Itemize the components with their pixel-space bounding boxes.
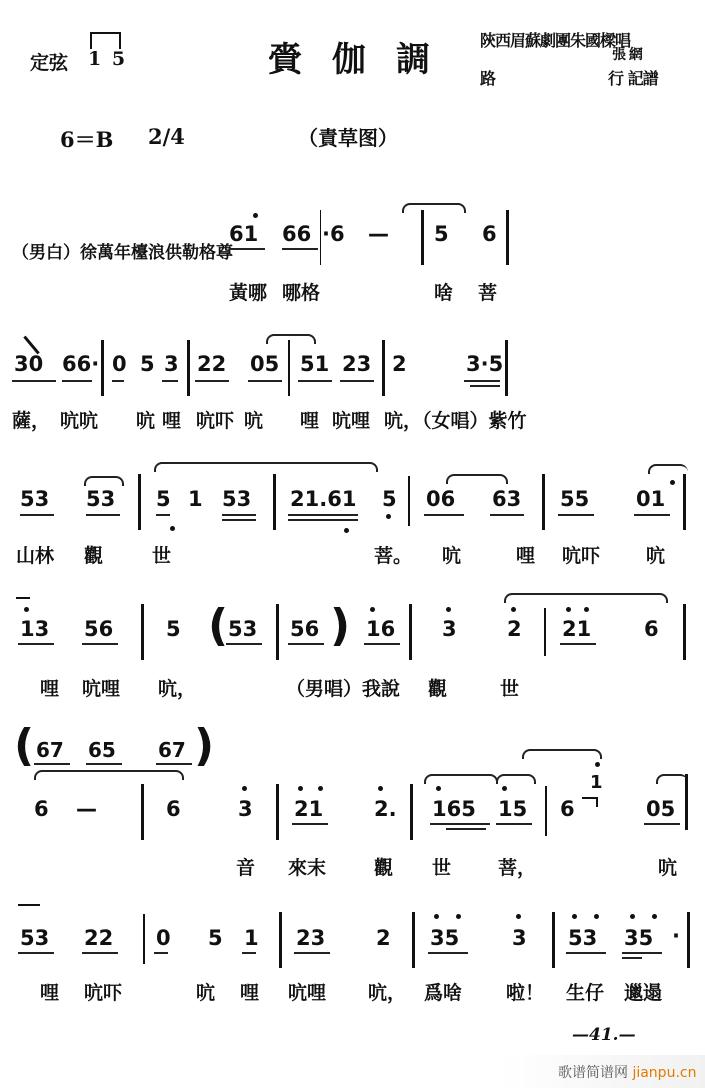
note: 2 bbox=[376, 926, 391, 950]
octave-dot bbox=[594, 914, 599, 919]
open-paren: ( bbox=[14, 720, 34, 771]
note: 0 bbox=[156, 926, 171, 950]
lyric: 吭 bbox=[442, 541, 461, 568]
octave-dot bbox=[584, 607, 589, 612]
underline bbox=[292, 823, 328, 825]
underline bbox=[12, 380, 56, 382]
note: ·6 bbox=[322, 222, 345, 246]
lyric: 觀 bbox=[374, 853, 393, 880]
lyric: 吭 bbox=[136, 406, 155, 433]
close-paren: ) bbox=[194, 720, 214, 771]
note-group: 3·5 bbox=[466, 352, 503, 376]
note-group: 15 bbox=[498, 797, 527, 821]
slur bbox=[154, 462, 378, 472]
barline bbox=[687, 912, 690, 968]
lyric: 哩 bbox=[516, 541, 535, 568]
lyric: 吭吓 bbox=[562, 541, 600, 568]
underline bbox=[86, 763, 122, 765]
slur-start bbox=[16, 597, 30, 599]
lyric: 吭吭 bbox=[60, 406, 98, 433]
note-group: 53 bbox=[222, 487, 251, 511]
note-group: 06 bbox=[426, 487, 455, 511]
note: 6 bbox=[34, 797, 49, 821]
slur bbox=[84, 476, 124, 486]
underline bbox=[195, 380, 229, 382]
note-group: 61 bbox=[229, 222, 258, 246]
lyric: 山林 bbox=[16, 541, 54, 568]
lyric: 哩 bbox=[162, 406, 181, 433]
underline bbox=[112, 380, 124, 382]
note: 0 bbox=[112, 352, 127, 376]
slur bbox=[504, 593, 668, 603]
lyric: 觀 bbox=[84, 541, 103, 568]
slur-start bbox=[18, 904, 40, 906]
underline bbox=[288, 514, 358, 516]
octave-dot bbox=[511, 607, 516, 612]
barline bbox=[545, 786, 547, 836]
lyric: 世 bbox=[432, 853, 451, 880]
underline bbox=[229, 248, 265, 250]
octave-dot bbox=[572, 914, 577, 919]
note: 1 bbox=[244, 926, 259, 950]
barline bbox=[421, 210, 424, 265]
lyric: 菩。 bbox=[374, 541, 412, 568]
underline bbox=[430, 823, 490, 825]
underline bbox=[622, 952, 662, 954]
note-group: 63 bbox=[492, 487, 521, 511]
lyric: 吭 bbox=[196, 978, 215, 1005]
note-group: 66· bbox=[62, 352, 99, 376]
note-group: 53 bbox=[20, 926, 49, 950]
double-underline bbox=[222, 519, 256, 521]
note-group: 53 bbox=[568, 926, 597, 950]
lyric: 吭， bbox=[368, 978, 406, 1005]
barline bbox=[409, 604, 412, 660]
note: 3 bbox=[442, 617, 457, 641]
note-group: 53 bbox=[20, 487, 49, 511]
note: 5 bbox=[140, 352, 155, 376]
barline bbox=[276, 784, 279, 840]
tuning-notes: 1 5 bbox=[88, 48, 127, 70]
time-signature: 2/4 bbox=[148, 124, 185, 149]
barline bbox=[412, 912, 415, 968]
lyric: 生仔 bbox=[566, 978, 604, 1005]
credits-notation: 行 記譜 bbox=[608, 66, 658, 89]
slur bbox=[34, 770, 184, 780]
barline bbox=[685, 774, 688, 830]
note-group: 165 bbox=[432, 797, 476, 821]
note: 6 bbox=[560, 797, 575, 821]
note-group: 05 bbox=[250, 352, 279, 376]
note-group: 56 bbox=[84, 617, 113, 641]
lyric: 吭哩 bbox=[288, 978, 326, 1005]
note-group: 22 bbox=[197, 352, 226, 376]
underline bbox=[558, 514, 594, 516]
watermark-cn: 歌谱简谱网 bbox=[558, 1065, 628, 1081]
song-title: 賫伽調 bbox=[268, 32, 460, 81]
barline bbox=[279, 912, 282, 968]
underline bbox=[294, 952, 330, 954]
slur bbox=[522, 749, 602, 759]
lyric: 菩 bbox=[478, 278, 497, 305]
barline bbox=[542, 474, 545, 530]
underline bbox=[226, 643, 262, 645]
double-underline bbox=[288, 519, 358, 521]
barline bbox=[141, 604, 144, 660]
note: 3 bbox=[164, 352, 179, 376]
grace-group: 67 bbox=[158, 738, 186, 762]
note-group: 66 bbox=[282, 222, 311, 246]
note-group: 05 bbox=[646, 797, 675, 821]
key-signature: 6＝B bbox=[60, 124, 113, 154]
subtitle: （責草图） bbox=[298, 122, 398, 151]
octave-dot bbox=[502, 786, 507, 791]
grace-hook bbox=[582, 797, 598, 807]
lyric: 吭 bbox=[244, 406, 263, 433]
note-group: 53 bbox=[228, 617, 257, 641]
underline bbox=[560, 643, 596, 645]
dash: — bbox=[76, 797, 97, 821]
note: 2 bbox=[507, 617, 522, 641]
lyric: 世 bbox=[152, 541, 171, 568]
barline bbox=[382, 340, 385, 396]
note: 6 bbox=[166, 797, 181, 821]
note: 5 bbox=[434, 222, 449, 246]
lyric: 邋遢 bbox=[624, 978, 662, 1005]
lyric: 吭 bbox=[646, 541, 665, 568]
barline bbox=[141, 784, 144, 840]
tuning-label: 定弦 bbox=[30, 48, 68, 75]
slur bbox=[402, 203, 466, 213]
barline bbox=[552, 912, 555, 968]
barline bbox=[320, 210, 321, 265]
octave-dot bbox=[434, 914, 439, 919]
note: 6 bbox=[644, 617, 659, 641]
underline bbox=[428, 952, 468, 954]
lyric: 哩 bbox=[40, 674, 59, 701]
octave-dot bbox=[436, 786, 441, 791]
spoken-line: （男白）徐萬年檯浪供勒格尊 bbox=[12, 238, 233, 263]
lyric: 吭 bbox=[658, 853, 677, 880]
octave-dot bbox=[446, 607, 451, 612]
lyric: 來末 bbox=[288, 853, 326, 880]
barline bbox=[683, 604, 686, 660]
barline bbox=[138, 474, 141, 530]
octave-dot bbox=[630, 914, 635, 919]
slur bbox=[424, 774, 498, 784]
barline bbox=[187, 340, 190, 396]
underline bbox=[496, 823, 532, 825]
underline bbox=[566, 952, 606, 954]
lyric: 吭哩 bbox=[332, 406, 370, 433]
note: 5 bbox=[208, 926, 223, 950]
lyric: 音 bbox=[236, 853, 255, 880]
note-group: 35 bbox=[624, 926, 653, 950]
underline bbox=[364, 643, 400, 645]
lyric: 哩 bbox=[240, 978, 259, 1005]
barline bbox=[410, 784, 413, 840]
lyric: 吭吓 bbox=[84, 978, 122, 1005]
octave-dot-low bbox=[344, 528, 349, 533]
note: 5 bbox=[382, 487, 397, 511]
lyric: 吭哩 bbox=[82, 674, 120, 701]
barline bbox=[683, 474, 686, 530]
barline bbox=[143, 914, 145, 964]
underline bbox=[18, 952, 54, 954]
note: 5 bbox=[166, 617, 181, 641]
underline bbox=[162, 380, 178, 382]
lyric: 世 bbox=[500, 674, 519, 701]
note: 3 bbox=[238, 797, 253, 821]
watermark-en[interactable]: jianpu.cn bbox=[632, 1065, 696, 1081]
note-group: 21 bbox=[294, 797, 323, 821]
octave-dot bbox=[242, 786, 247, 791]
underline bbox=[242, 952, 256, 954]
double-underline bbox=[622, 957, 642, 959]
note-group: 13 bbox=[20, 617, 49, 641]
underline bbox=[282, 248, 318, 250]
note: 2 bbox=[392, 352, 407, 376]
double-underline bbox=[470, 385, 500, 387]
underline bbox=[154, 952, 168, 954]
note: 5 bbox=[156, 487, 171, 511]
underline bbox=[288, 643, 324, 645]
page-number: —41.— bbox=[572, 1025, 636, 1045]
grace-group: 67 bbox=[36, 738, 64, 762]
octave-dot bbox=[253, 213, 258, 218]
barline bbox=[276, 604, 279, 660]
barline bbox=[544, 608, 546, 656]
octave-dot bbox=[652, 914, 657, 919]
octave-dot-low bbox=[386, 514, 391, 519]
credits-arranger: 路 bbox=[480, 66, 495, 89]
underline bbox=[222, 514, 256, 516]
underline bbox=[248, 380, 282, 382]
note-group: 21.61 bbox=[290, 487, 356, 511]
slur bbox=[266, 334, 316, 344]
note-group: 23 bbox=[342, 352, 371, 376]
underline bbox=[464, 380, 500, 382]
credits-line-1-sub: 張 網 bbox=[612, 44, 642, 64]
lyric: 觀 bbox=[428, 674, 447, 701]
note-group: 30 bbox=[14, 352, 43, 376]
lyric: 吭吓 bbox=[196, 406, 234, 433]
underline bbox=[634, 514, 670, 516]
octave-dot bbox=[516, 914, 521, 919]
underline bbox=[18, 643, 54, 645]
slur bbox=[648, 464, 688, 474]
note-group: 51 bbox=[300, 352, 329, 376]
note-group: 55 bbox=[560, 487, 589, 511]
lyric: 吭，（女唱）紫竹 bbox=[384, 406, 527, 433]
lyric: 吭， bbox=[158, 674, 196, 701]
barline bbox=[506, 210, 509, 265]
barline bbox=[505, 340, 508, 396]
octave-dot bbox=[378, 786, 383, 791]
lyric: 菩， bbox=[498, 853, 536, 880]
barline bbox=[273, 474, 276, 530]
lyric: 啦！ bbox=[506, 978, 544, 1005]
lyric: 黃哪 bbox=[229, 278, 267, 305]
note: 3 bbox=[512, 926, 527, 950]
note-group: 16 bbox=[366, 617, 395, 641]
note-group: 21 bbox=[562, 617, 591, 641]
octave-dot bbox=[24, 607, 29, 612]
underline bbox=[82, 643, 118, 645]
underline bbox=[62, 380, 92, 382]
dash: — bbox=[368, 222, 389, 246]
underline bbox=[156, 763, 192, 765]
underline bbox=[340, 380, 374, 382]
lyric: 薩， bbox=[12, 406, 50, 433]
underline bbox=[82, 952, 118, 954]
barline bbox=[101, 340, 104, 396]
note: 2. bbox=[374, 797, 397, 821]
octave-dot bbox=[370, 607, 375, 612]
octave-dot bbox=[298, 786, 303, 791]
slur bbox=[656, 774, 688, 784]
underline bbox=[34, 763, 70, 765]
underline bbox=[424, 514, 464, 516]
octave-dot bbox=[670, 480, 675, 485]
barline bbox=[288, 340, 290, 396]
note-group: 56 bbox=[290, 617, 319, 641]
watermark: 歌谱简谱网 jianpu.cn bbox=[558, 1062, 696, 1082]
slur bbox=[496, 774, 536, 784]
underline bbox=[490, 514, 524, 516]
lyric: 哩 bbox=[300, 406, 319, 433]
credits-line-1: 陝西眉蘇劇團朱國樑唱 bbox=[480, 28, 630, 51]
octave-dot-low bbox=[170, 526, 175, 531]
lyric: 哩 bbox=[40, 978, 59, 1005]
octave-dot bbox=[566, 607, 571, 612]
note-group: 01 bbox=[636, 487, 665, 511]
underline bbox=[86, 514, 120, 516]
octave-dot bbox=[595, 762, 600, 767]
note: 1 bbox=[188, 487, 203, 511]
note-group: 22 bbox=[84, 926, 113, 950]
note-group: 53 bbox=[86, 487, 115, 511]
grace-group: 65 bbox=[88, 738, 116, 762]
underline bbox=[156, 514, 170, 516]
barline bbox=[408, 476, 410, 526]
slur bbox=[446, 474, 508, 484]
octave-dot bbox=[318, 786, 323, 791]
note-group: 35 bbox=[430, 926, 459, 950]
lyric: 啥 bbox=[434, 278, 453, 305]
lyric: （男唱）我說 bbox=[286, 674, 400, 701]
octave-dot bbox=[456, 914, 461, 919]
underline bbox=[644, 823, 680, 825]
underline bbox=[20, 514, 54, 516]
lyric: 爲啥 bbox=[424, 978, 462, 1005]
double-underline bbox=[446, 828, 486, 830]
grace-note: 1 bbox=[590, 772, 603, 793]
lyric: 哪格 bbox=[282, 278, 320, 305]
underline bbox=[298, 380, 332, 382]
note: 6 bbox=[482, 222, 497, 246]
tuning-bracket bbox=[90, 32, 121, 49]
close-paren: ) bbox=[330, 600, 350, 651]
note-group: 23 bbox=[296, 926, 325, 950]
dot-extension: · bbox=[672, 924, 680, 948]
